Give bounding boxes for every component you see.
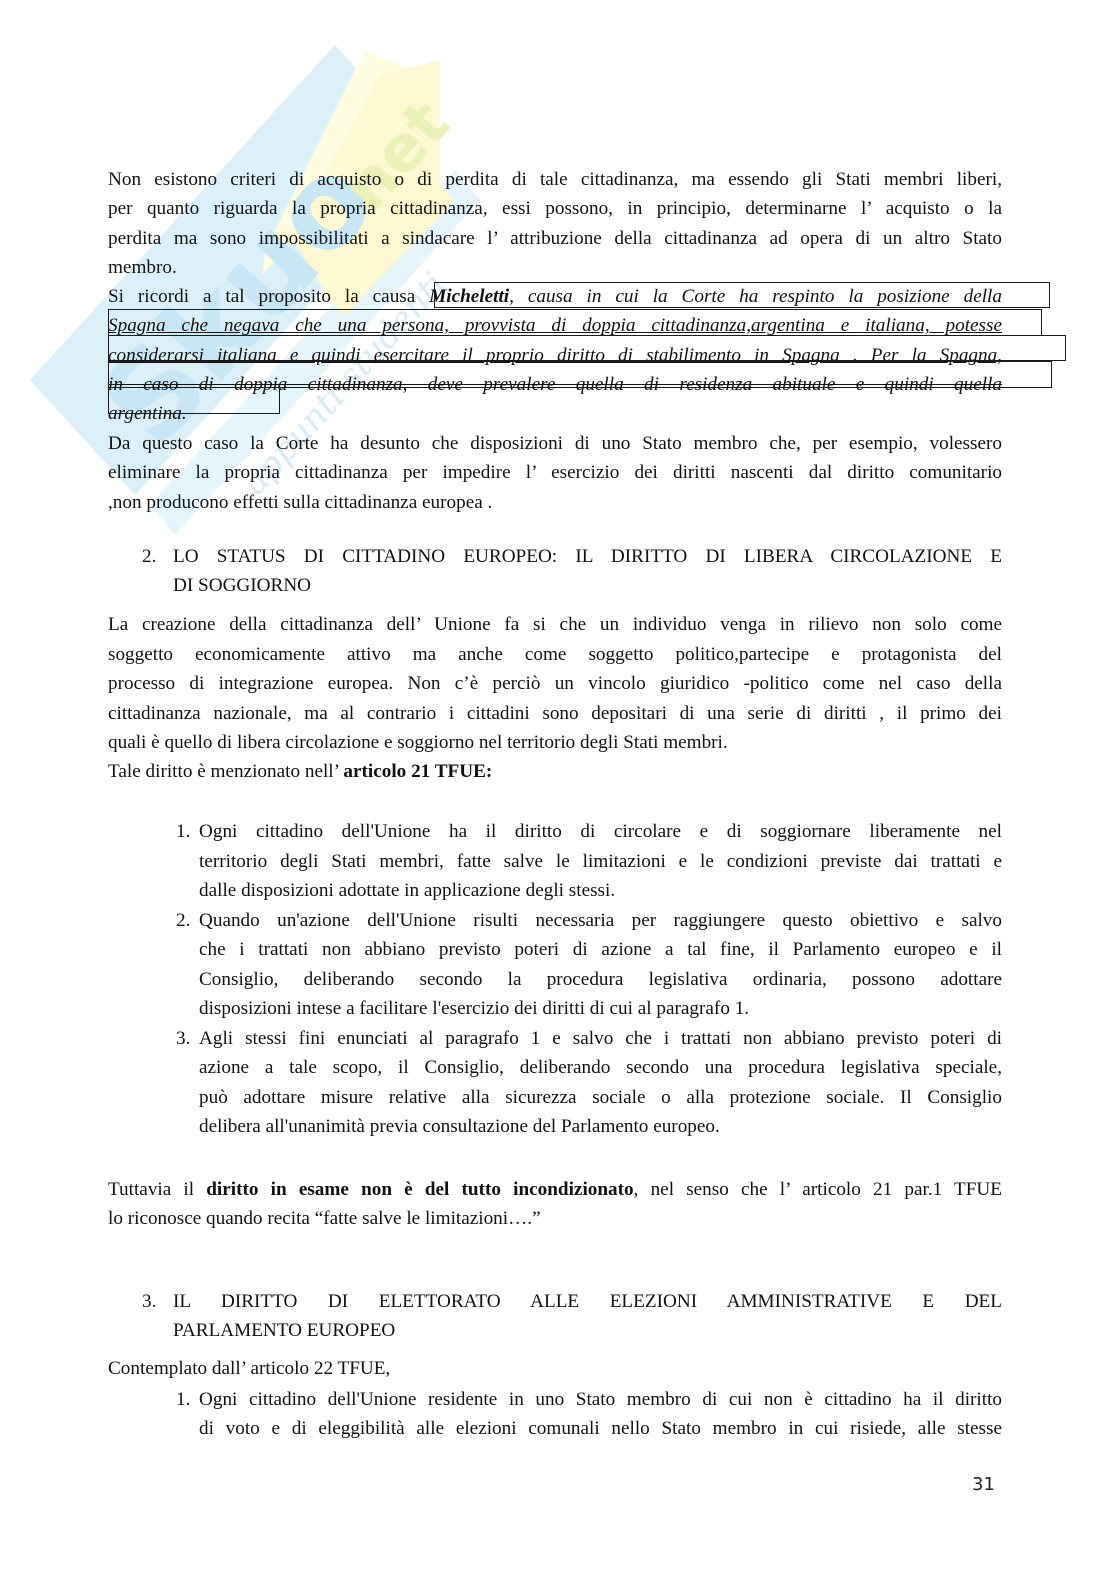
paragraph-2-line: ,non producono effetti sulla cittadinanz… bbox=[108, 491, 1002, 515]
article-21-item-2-line: che i trattati non abbiano previsto pote… bbox=[199, 938, 1002, 962]
p4-start: Tuttavia il bbox=[108, 1179, 206, 1200]
article-21-item-2-line: Consiglio, deliberando secondo la proced… bbox=[199, 968, 1002, 992]
paragraph-1-line: Non esistono criteri di acquisto o di pe… bbox=[108, 168, 1002, 192]
paragraph-1-line: per quanto riguarda la propria cittadina… bbox=[108, 197, 1002, 221]
article-21-item-1-line: Ogni cittadino dell'Unione ha il diritto… bbox=[199, 820, 1002, 844]
article-21-item-3-line: azione a tale scopo, il Consiglio, delib… bbox=[199, 1056, 1002, 1080]
paragraph-3-line: La creazione della cittadinanza dell’ Un… bbox=[108, 613, 1002, 637]
section-2-number: 2. bbox=[142, 545, 156, 569]
article-22-item-1-line: Ogni cittadino dell'Unione residente in … bbox=[199, 1388, 1002, 1412]
paragraph-1-line: membro. bbox=[108, 256, 1002, 280]
article-21-item-3-line: Agli stessi fini enunciati al paragrafo … bbox=[199, 1027, 1002, 1051]
annotation-box bbox=[108, 387, 280, 414]
article-22-item-1-number: 1. bbox=[176, 1388, 190, 1412]
document-page: Skuo net appunti studenti Non esistono c… bbox=[0, 0, 1116, 1579]
section-3-title: IL DIRITTO DI ELETTORATO ALLE ELEZIONI A… bbox=[173, 1290, 1002, 1314]
annotation-box bbox=[108, 335, 1066, 361]
article-21-item-2-number: 2. bbox=[176, 909, 190, 933]
article-21-item-3-line: può adottare misure relative alla sicure… bbox=[199, 1086, 1002, 1110]
paragraph-3-line: quali è quello di libera circolazione e … bbox=[108, 731, 1002, 755]
section-2-title: LO STATUS DI CITTADINO EUROPEO: IL DIRIT… bbox=[173, 545, 1002, 569]
article-intro-text: Tale diritto è menzionato nell’ bbox=[108, 761, 343, 782]
article-21-item-2-line: Quando un'azione dell'Unione risulti nec… bbox=[199, 909, 1002, 933]
annotation-box bbox=[434, 282, 1050, 308]
article-21-intro: Tale diritto è menzionato nell’ articolo… bbox=[108, 760, 1002, 784]
p4-rest: , nel senso che l’ articolo 21 par.1 TFU… bbox=[634, 1179, 1002, 1200]
article-21-item-1-line: dalle disposizioni adottate in applicazi… bbox=[199, 879, 1002, 903]
paragraph-5-line: Contemplato dall’ articolo 22 TFUE, bbox=[108, 1357, 1002, 1381]
page-number: 31 bbox=[972, 1474, 995, 1495]
article-21-item-3-number: 3. bbox=[176, 1027, 190, 1051]
micheletti-intro: Si ricordi a tal proposito la causa bbox=[108, 286, 429, 307]
p4-bold: diritto in esame non è del tutto incondi… bbox=[206, 1179, 633, 1200]
paragraph-3-line: cittadinanza nazionale, ma al contrario … bbox=[108, 702, 1002, 726]
section-2-title: DI SOGGIORNO bbox=[173, 574, 1002, 598]
paragraph-1-line: perdita ma sono impossibilitati a sindac… bbox=[108, 227, 1002, 251]
article-21-item-3-line: delibera all'unanimità previa consultazi… bbox=[199, 1115, 1002, 1139]
section-3-title: PARLAMENTO EUROPEO bbox=[173, 1319, 1002, 1343]
article-22-item-1-line: di voto e di eleggibilità alle elezioni … bbox=[199, 1417, 1002, 1441]
paragraph-3-line: soggetto economicamente attivo ma anche … bbox=[108, 643, 1002, 667]
paragraph-4-line-1: Tuttavia il diritto in esame non è del t… bbox=[108, 1178, 1002, 1202]
article-21-item-1-number: 1. bbox=[176, 820, 190, 844]
annotation-box bbox=[108, 309, 1042, 336]
article-21-item-2-line: disposizioni intese a facilitare l'eserc… bbox=[199, 997, 1002, 1021]
article-21-item-1-line: territorio degli Stati membri, fatte sal… bbox=[199, 850, 1002, 874]
article-21-ref: articolo 21 TFUE: bbox=[343, 761, 492, 782]
annotation-box bbox=[108, 361, 1052, 388]
paragraph-2-line: Da questo caso la Corte ha desunto che d… bbox=[108, 432, 1002, 456]
paragraph-3-line: processo di integrazione europea. Non c’… bbox=[108, 672, 1002, 696]
paragraph-2-line: eliminare la propria cittadinanza per im… bbox=[108, 461, 1002, 485]
paragraph-4-line-2: lo riconosce quando recita “fatte salve … bbox=[108, 1207, 1002, 1231]
section-3-number: 3. bbox=[142, 1290, 156, 1314]
